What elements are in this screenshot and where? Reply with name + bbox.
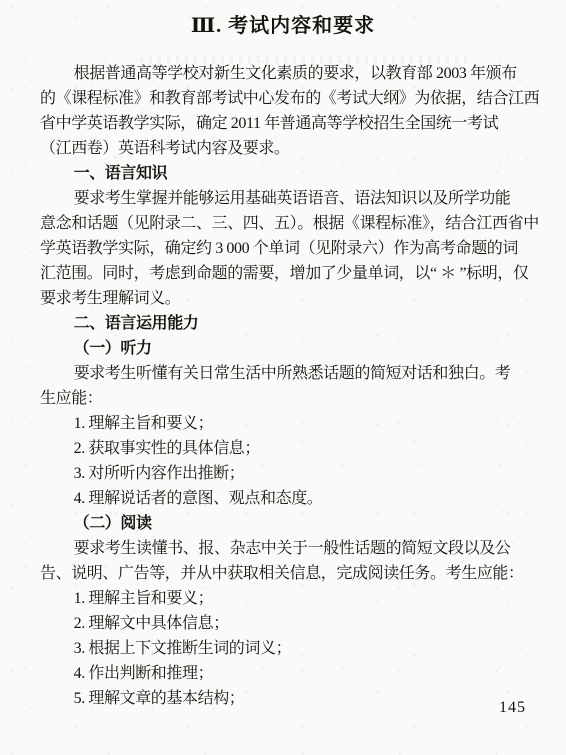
text-line: 生应能： — [40, 386, 538, 411]
document-page: Ⅲ. 考试内容和要求 根据普通高等学校对新生文化素质的要求，以教育部 2003 … — [0, 0, 566, 755]
text-line: 要求考生读懂书、报、杂志中关于一般性话题的简短文段以及公 — [40, 536, 538, 561]
text-line: 1. 理解主旨和要义； — [40, 586, 538, 611]
text-line: 要求考生掌握并能够运用基础英语语音、语法知识以及所学功能 — [40, 186, 538, 211]
text-line: 汇范围。同时，考虑到命题的需要，增加了少量单词，以“ ＊ ”标明，仅 — [40, 261, 538, 286]
text-line: 5. 理解文章的基本结构； — [40, 686, 538, 711]
text-line: 2. 理解文中具体信息； — [40, 611, 538, 636]
text-lines: 根据普通高等学校对新生文化素质的要求，以教育部 2003 年颁布的《课程标准》和… — [0, 61, 566, 711]
text-line: 4. 理解说话者的意图、观点和态度。 — [40, 486, 538, 511]
text-line: 根据普通高等学校对新生文化素质的要求，以教育部 2003 年颁布 — [40, 61, 538, 86]
text-line: （江西卷）英语科考试内容及要求。 — [40, 136, 538, 161]
section-heading: 二、语言运用能力 — [40, 311, 538, 336]
text-line: 要求考生理解词义。 — [40, 286, 538, 311]
text-line: 的《课程标准》和教育部考试中心发布的《考试大纲》为依据，结合江西 — [40, 86, 538, 111]
page-title: Ⅲ. 考试内容和要求 — [0, 12, 566, 40]
section-heading: （二）阅读 — [40, 511, 538, 536]
text-line: 省中学英语教学实际，确定 2011 年普通高等学校招生全国统一考试 — [40, 111, 538, 136]
text-line: 1. 理解主旨和要义； — [40, 411, 538, 436]
text-line: 4. 作出判断和推理； — [40, 661, 538, 686]
section-heading: （一）听力 — [40, 336, 538, 361]
text-line: 告、说明、广告等，并从中获取相关信息，完成阅读任务。考生应能： — [40, 561, 538, 586]
text-line: 要求考生听懂有关日常生活中所熟悉话题的简短对话和独白。考 — [40, 361, 538, 386]
text-line: 意念和话题（见附录二、三、四、五）。根据《课程标准》，结合江西省中 — [40, 211, 538, 236]
text-line: 3. 根据上下文推断生词的词义； — [40, 636, 538, 661]
text-line: 3. 对所听内容作出推断； — [40, 461, 538, 486]
section-heading: 一、语言知识 — [40, 161, 538, 186]
text-line: 学英语教学实际，确定约 3 000 个单词（见附录六）作为高考命题的词 — [40, 236, 538, 261]
page-number: 145 — [499, 699, 526, 717]
text-line: 2. 获取事实性的具体信息； — [40, 436, 538, 461]
